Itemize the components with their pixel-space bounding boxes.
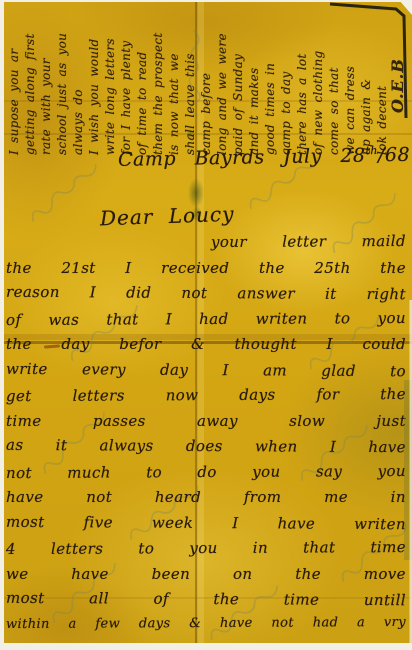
letter-body-line: mostfiveweekIhavewriten [6, 512, 406, 540]
letter-body-line: withinafewdays&havenothadavry [6, 614, 406, 636]
letter-body-line: writeeverydayIamgladto [6, 359, 406, 387]
letter-body-line: mostallofthetimeuntill [6, 589, 406, 617]
salutation: Dear Loucy [100, 202, 235, 231]
dateline-text: Camp Bayrds July 28 [118, 145, 366, 171]
letter-body-line: the21stIreceivedthe25ththe [6, 259, 406, 285]
letter-body-line: ofwasthatIhadwritentoyou [6, 308, 406, 336]
letter-body-line: timepassesawayslowjust [6, 412, 406, 438]
letter-body-line: havenotheardfrommein [6, 488, 406, 514]
letter-body-line: asitalwaysdoeswhenIhave [6, 436, 406, 464]
letter-body-line: 4letterstoyouinthattime [6, 538, 406, 566]
letter-body-line: wehavebeenonthemove [6, 565, 406, 591]
letter-body-line: reasonIdidnotansweritright [6, 283, 406, 311]
letter-body: yourlettermaildthe21stIreceivedthe25thth… [6, 233, 406, 636]
letter-scan: I supose you argetting along firstrate w… [0, 0, 412, 650]
letter-body-line: thedaybefor&thoughtIcould [6, 335, 406, 361]
dateline-ordinal: th [365, 144, 378, 157]
letter-body-line: getlettersnowdaysforthe [6, 385, 406, 413]
letter-body-line: notmuchtodoyousayyou [6, 461, 406, 489]
letter-body-line: yourlettermaild [6, 232, 406, 260]
dateline-year: /68 [378, 144, 410, 167]
